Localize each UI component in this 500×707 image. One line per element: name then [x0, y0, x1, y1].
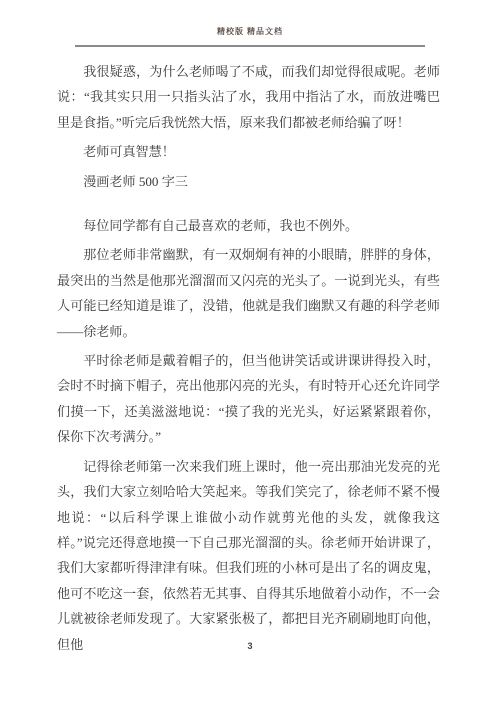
document-page: 精校版 精品文档 我很疑惑，为什么老师喝了不咸，而我们却觉得很咸呢。老师说：“我…: [0, 0, 500, 707]
header-divider-line: [75, 45, 425, 47]
paragraph-favorite-teacher: 每位同学都有自己最喜欢的老师，我也不例外。: [57, 213, 440, 238]
page-number: 3: [0, 641, 500, 651]
paragraph-teacher-hat: 平时徐老师是戴着帽子的，但当他讲笑话或讲课讲得投入时，会时不时摘下帽子，亮出他那…: [57, 348, 440, 450]
paragraph-first-class: 记得徐老师第一次来我们班上课时，他一亮出那油光发亮的光头，我们大家立刻哈哈大笑起…: [57, 454, 440, 657]
paragraph-essay-title: 漫画老师 500 字三: [57, 169, 440, 194]
paragraph-teacher-wise: 老师可真智慧！: [57, 139, 440, 164]
paragraph-teacher-description: 那位老师非常幽默，有一双炯炯有神的小眼睛，胖胖的身体，最突出的当然是他那光溜溜而…: [57, 242, 440, 344]
header-watermark: 精校版 精品文档: [0, 26, 500, 37]
paragraph-teacher-doubt: 我很疑惑，为什么老师喝了不咸，而我们却觉得很咸呢。老师说：“我其实只用一只指头沾…: [57, 59, 440, 135]
document-body: 我很疑惑，为什么老师喝了不咸，而我们却觉得很咸呢。老师说：“我其实只用一只指头沾…: [57, 59, 440, 661]
